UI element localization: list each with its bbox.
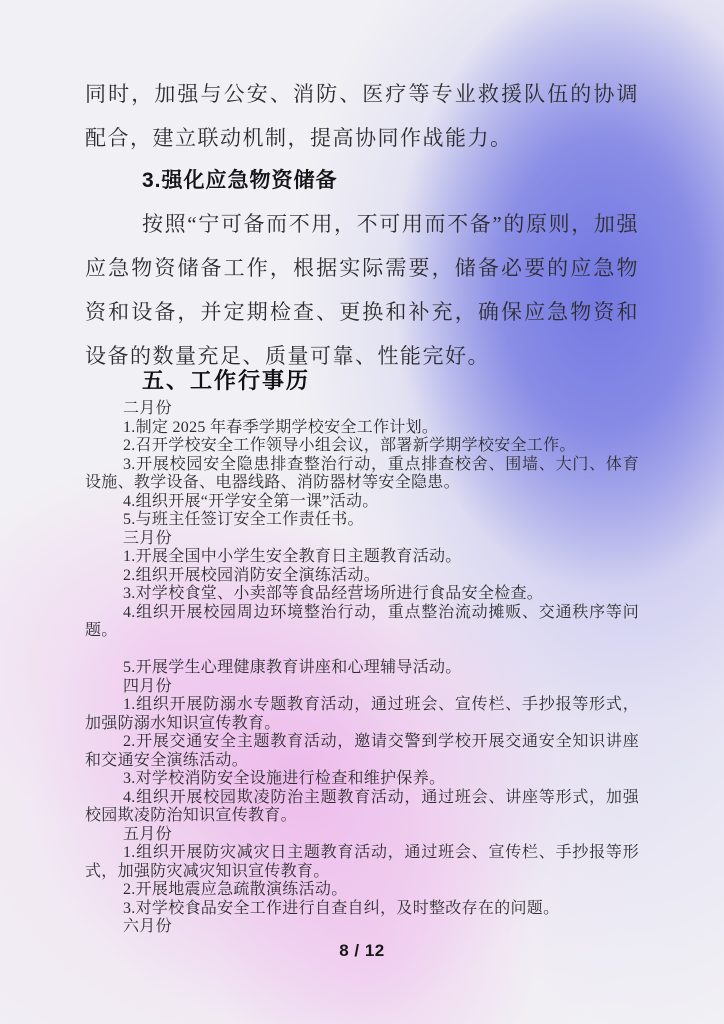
section-3-paragraph: 按照“宁可备而不用，不可用而不备”的原则，加强应急物资储备工作，根据实际需要，储… bbox=[85, 202, 639, 378]
calendar-item: 5.与班主任签订安全工作责任书。 bbox=[85, 511, 639, 530]
calendar-item: 3.开展校园安全隐患排查整治行动，重点排查校舍、围墙、大门、体育设施、教学设备、… bbox=[85, 456, 639, 493]
intro-paragraph: 同时，加强与公安、消防、医疗等专业救援队伍的协调配合，建立联动机制，提高协同作战… bbox=[85, 72, 639, 160]
calendar-item: 2.开展交通安全主题教育活动，邀请交警到学校开展交通安全知识讲座和交通安全演练活… bbox=[85, 733, 639, 770]
calendar-item: 1.组织开展防溺水专题教育活动，通过班会、宣传栏、手抄报等形式，加强防溺水知识宣… bbox=[85, 696, 639, 733]
calendar-month-label-april: 四月份 bbox=[85, 678, 639, 697]
calendar-item: 3.对学校食品安全工作进行自查自纠，及时整改存在的问题。 bbox=[85, 900, 639, 919]
calendar-item: 5.开展学生心理健康教育讲座和心理辅导活动。 bbox=[85, 659, 639, 678]
calendar-item: 1.组织开展防灾减灾日主题教育活动，通过班会、宣传栏、手抄报等形式，加强防灾减灾… bbox=[85, 844, 639, 881]
calendar-item: 4.组织开展“开学安全第一课”活动。 bbox=[85, 493, 639, 512]
page-number: 8 / 12 bbox=[0, 941, 724, 961]
document-page: 同时，加强与公安、消防、医疗等专业救援队伍的协调配合，建立联动机制，提高协同作战… bbox=[0, 0, 724, 1024]
calendar-month-label-february: 二月份 bbox=[85, 400, 639, 419]
calendar-item: 4.组织开展校园欺凌防治主题教育活动，通过班会、讲座等形式，加强校园欺凌防治知识… bbox=[85, 789, 639, 826]
calendar-blank-line bbox=[85, 641, 639, 660]
calendar-item: 4.组织开展校园周边环境整治行动，重点整治流动摊贩、交通秩序等问题。 bbox=[85, 604, 639, 641]
calendar-item: 2.组织开展校园消防安全演练活动。 bbox=[85, 567, 639, 586]
calendar-month-label-march: 三月份 bbox=[85, 530, 639, 549]
document-body: 同时，加强与公安、消防、医疗等专业救援队伍的协调配合，建立联动机制，提高协同作战… bbox=[85, 72, 639, 937]
calendar-item: 1.制定 2025 年春季学期学校安全工作计划。 bbox=[85, 419, 639, 438]
calendar-item: 2.召开学校安全工作领导小组会议，部署新学期学校安全工作。 bbox=[85, 437, 639, 456]
calendar-item: 3.对学校食堂、小卖部等食品经营场所进行食品安全检查。 bbox=[85, 585, 639, 604]
calendar-item: 3.对学校消防安全设施进行检查和维护保养。 bbox=[85, 770, 639, 789]
calendar-month-label-may: 五月份 bbox=[85, 826, 639, 845]
calendar-item: 1.开展全国中小学生安全教育日主题教育活动。 bbox=[85, 548, 639, 567]
calendar-month-label-june: 六月份 bbox=[85, 918, 639, 937]
section-3-heading: 3.强化应急物资储备 bbox=[85, 160, 639, 202]
work-calendar: 二月份 1.制定 2025 年春季学期学校安全工作计划。 2.召开学校安全工作领… bbox=[85, 400, 639, 937]
calendar-item: 2.开展地震应急疏散演练活动。 bbox=[85, 881, 639, 900]
